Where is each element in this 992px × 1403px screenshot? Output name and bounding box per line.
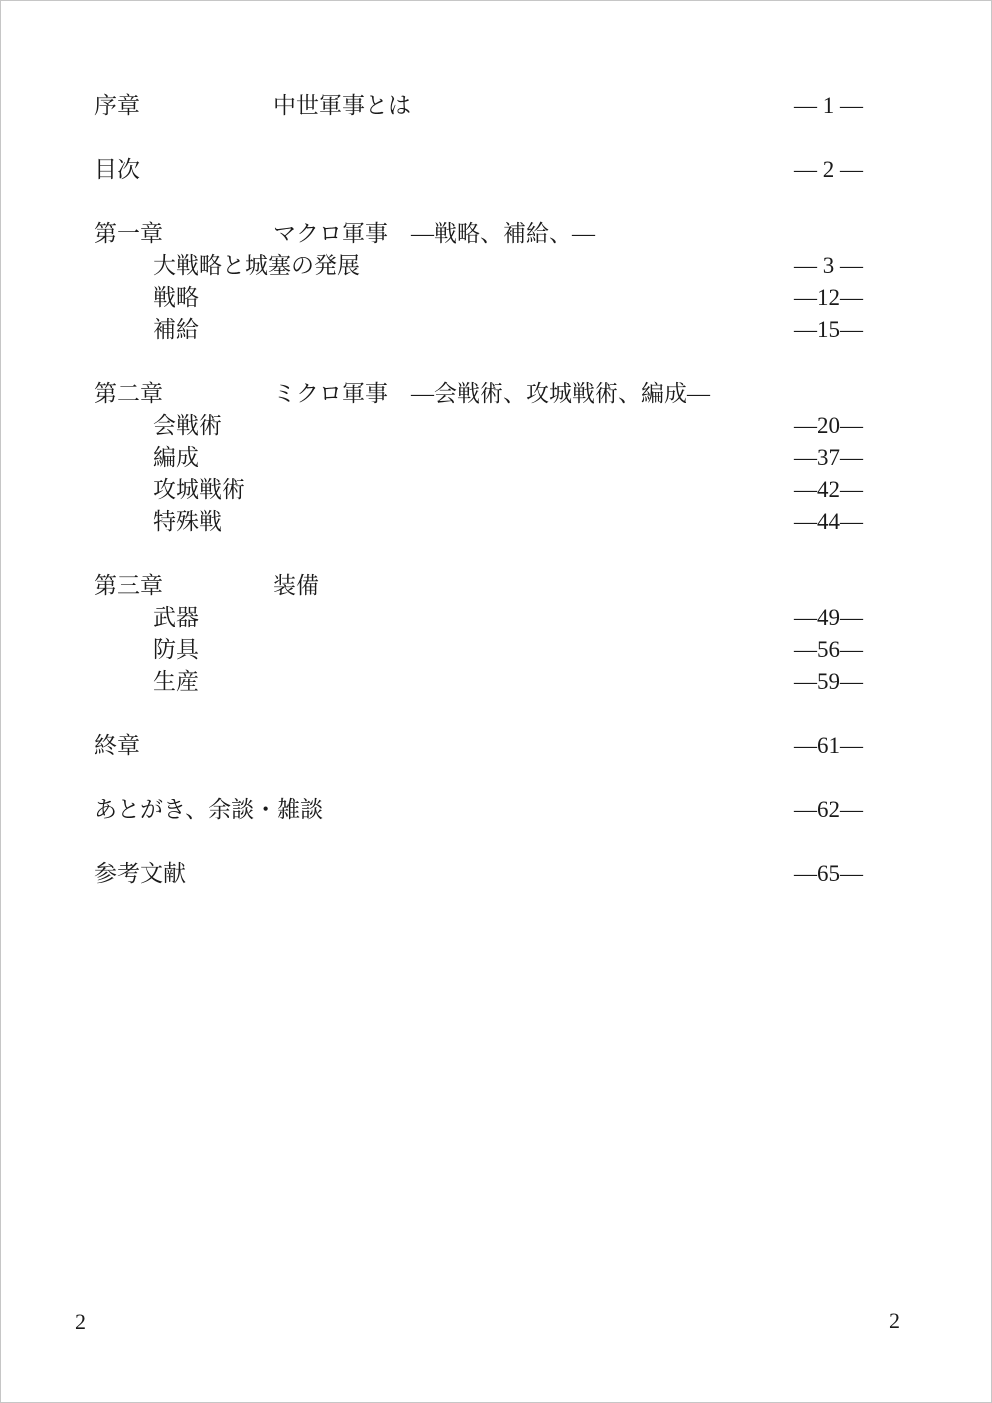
toc-entry-page-number: —20—: [794, 410, 863, 442]
footer-page-number-left: 2: [75, 1306, 86, 1338]
toc-entry-page-number: —59—: [794, 666, 863, 698]
toc-row: 第二章 ミクロ軍事 —会戦術、攻城戦術、編成—: [94, 378, 863, 410]
toc-entry-label: 武器: [94, 602, 199, 634]
toc-entry-page-number: —42—: [794, 474, 863, 506]
toc-entry-label: 第一章: [94, 218, 273, 250]
footer-page-number-right: 2: [889, 1305, 900, 1337]
toc-row: 攻城戦術 —42—: [94, 474, 863, 506]
toc-row: あとがき、余談・雑談 —62—: [94, 794, 863, 826]
toc-entry-label: 目次: [94, 154, 273, 186]
toc-entry-page-number: —56—: [794, 634, 863, 666]
toc-entry-page-number: —61—: [794, 730, 863, 762]
toc-row: 終章 —61—: [94, 730, 863, 762]
toc-entry-label: 編成: [94, 442, 199, 474]
toc-entry-title: 中世軍事とは: [273, 90, 794, 122]
toc-row: 会戦術 —20—: [94, 410, 863, 442]
toc-row: 防具 —56—: [94, 634, 863, 666]
toc-entry-label: 大戦略と城塞の発展: [94, 250, 360, 282]
toc-entry-page-number: —15—: [794, 314, 863, 346]
toc-entry-label: 第三章: [94, 570, 273, 602]
toc-entry-page-number: —65—: [794, 858, 863, 890]
toc-entry-page-number: — 1 —: [794, 90, 863, 122]
toc-entry-label: 戦略: [94, 282, 199, 314]
toc-row: 特殊戦 —44—: [94, 506, 863, 538]
toc-row: 序章 中世軍事とは — 1 —: [94, 90, 863, 122]
toc-entry-title: ミクロ軍事 —会戦術、攻城戦術、編成—: [273, 378, 805, 410]
toc-entry-label: 第二章: [94, 378, 273, 410]
toc-entry-label: 生産: [94, 666, 199, 698]
toc-entry-page-number: —12—: [794, 282, 863, 314]
toc-entry-page-number: —37—: [794, 442, 863, 474]
toc-entry-page-number: —49—: [794, 602, 863, 634]
table-of-contents: 序章 中世軍事とは — 1 — 目次 — 2 — 第一章 マクロ軍事 —戦略、補…: [94, 90, 863, 890]
toc-row: 大戦略と城塞の発展 — 3 —: [94, 250, 863, 282]
toc-row: 目次 — 2 —: [94, 154, 863, 186]
toc-entry-label: あとがき、余談・雑談: [94, 794, 323, 826]
toc-entry-label: 会戦術: [94, 410, 222, 442]
toc-row: 戦略 —12—: [94, 282, 863, 314]
toc-entry-page-number: — 3 —: [794, 250, 863, 282]
toc-entry-label: 補給: [94, 314, 199, 346]
toc-row: 武器 —49—: [94, 602, 863, 634]
toc-entry-label: 特殊戦: [94, 506, 222, 538]
document-page: 序章 中世軍事とは — 1 — 目次 — 2 — 第一章 マクロ軍事 —戦略、補…: [0, 0, 992, 1403]
toc-entry-page-number: —44—: [794, 506, 863, 538]
toc-row: 第三章 装備: [94, 570, 863, 602]
toc-entry-label: 攻城戦術: [94, 474, 245, 506]
toc-entry-label: 防具: [94, 634, 199, 666]
toc-row: 編成 —37—: [94, 442, 863, 474]
toc-row: 参考文献 —65—: [94, 858, 863, 890]
toc-entry-title: 装備: [273, 570, 805, 602]
toc-row: 生産 —59—: [94, 666, 863, 698]
toc-entry-title: マクロ軍事 —戦略、補給、—: [273, 218, 805, 250]
toc-entry-label: 終章: [94, 730, 273, 762]
toc-row: 第一章 マクロ軍事 —戦略、補給、—: [94, 218, 863, 250]
toc-entry-label: 序章: [94, 90, 273, 122]
toc-entry-label: 参考文献: [94, 858, 273, 890]
toc-entry-page-number: —62—: [794, 794, 863, 826]
toc-entry-page-number: — 2 —: [794, 154, 863, 186]
toc-row: 補給 —15—: [94, 314, 863, 346]
